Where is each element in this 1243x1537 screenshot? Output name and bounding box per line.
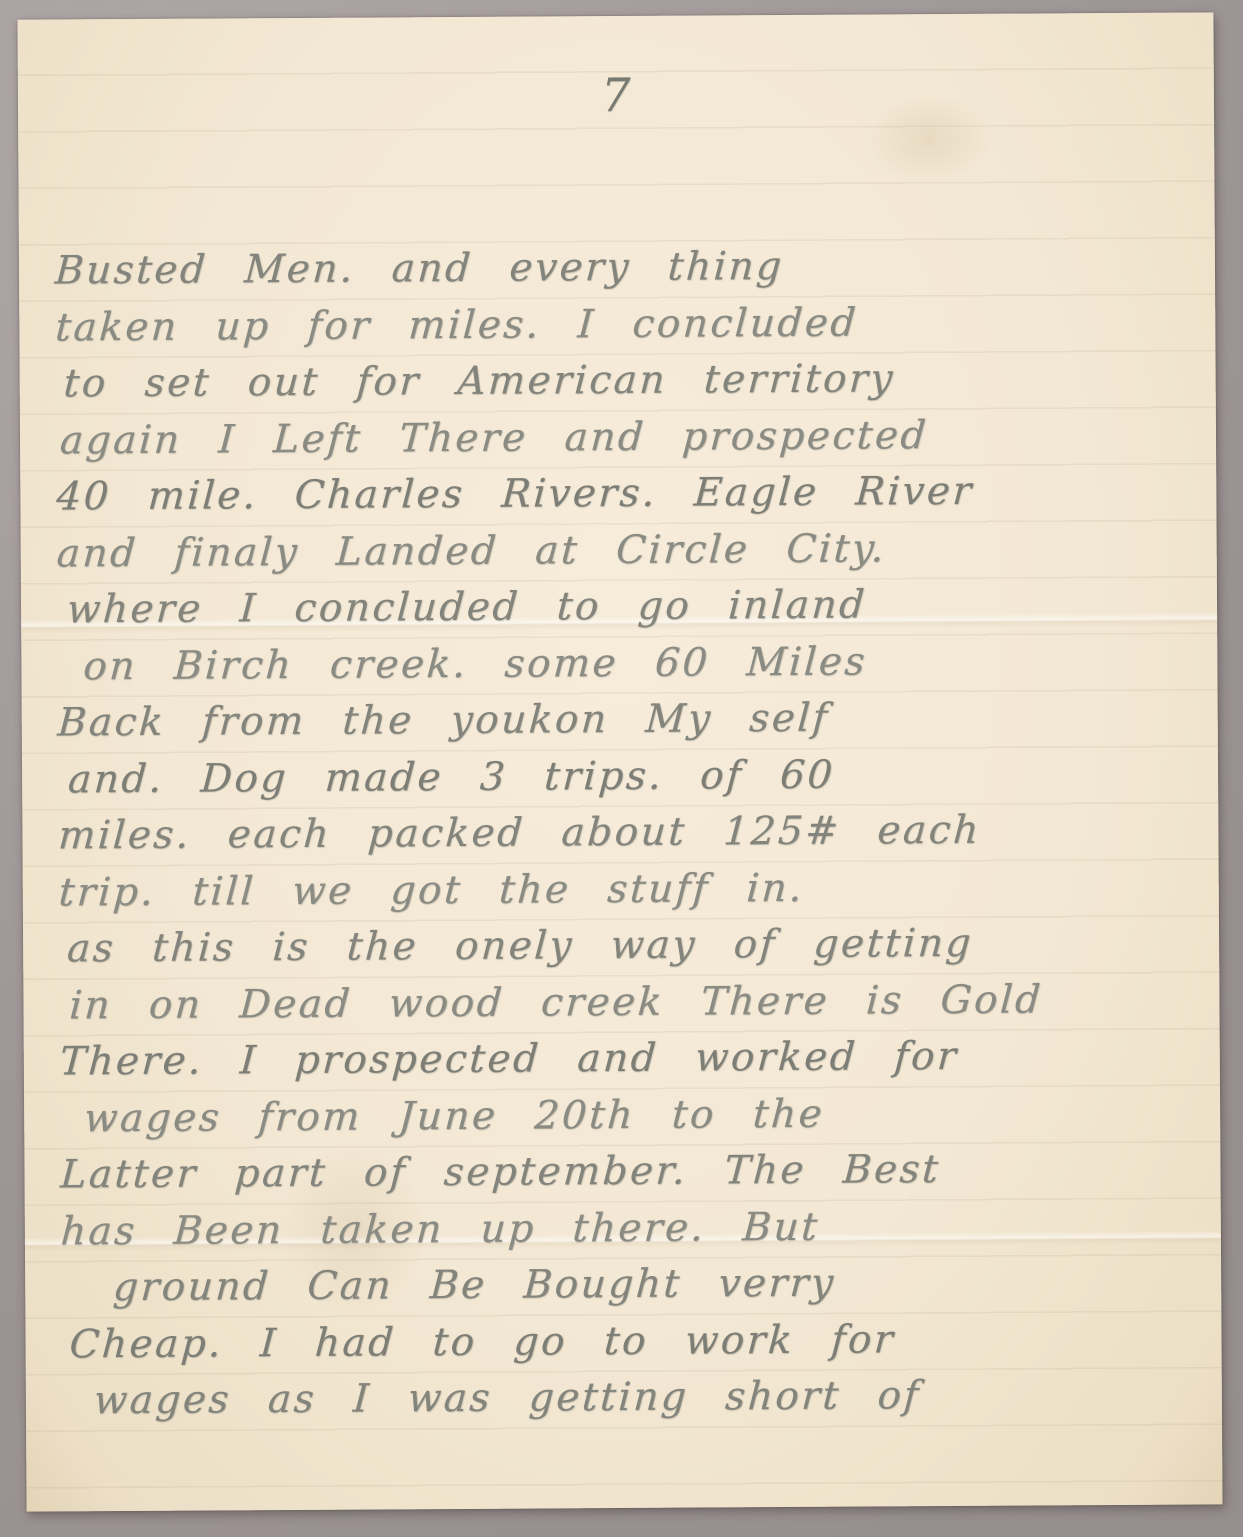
handwritten-line: Latter part of september. The Best (59, 1140, 1215, 1204)
photo-backdrop: 7 Busted Men. and every thingtaken up fo… (0, 0, 1243, 1537)
handwritten-line: wages as I was getting short of (60, 1366, 1216, 1430)
handwritten-line: in on Dead wood creek There is Gold (58, 971, 1214, 1035)
page-number: 7 (18, 64, 1214, 125)
handwritten-line: There. I prospected and worked for (58, 1027, 1214, 1091)
handwritten-line: Busted Men. and every thing (53, 236, 1209, 300)
handwritten-line: as this is the onely way of getting (57, 914, 1213, 978)
handwritten-line: where I concluded to go inland (55, 575, 1211, 639)
handwritten-line: 40 mile. Charles Rivers. Eagle River (55, 462, 1211, 526)
handwritten-line: trip. till we got the stuff in. (57, 858, 1213, 922)
handwriting-lines: Busted Men. and every thingtaken up for … (19, 236, 1222, 1430)
handwritten-line: Cheap. I had to go to work for (60, 1310, 1216, 1374)
age-stain (863, 94, 994, 185)
handwritten-line: to set out for American territory (54, 349, 1210, 413)
handwritten-line: has Been taken up there. But (59, 1197, 1215, 1261)
handwritten-line: and finaly Landed at Circle City. (55, 519, 1211, 583)
handwritten-line: miles. each packed about 125# each (57, 801, 1213, 865)
handwritten-line: taken up for miles. I concluded (54, 293, 1210, 357)
handwritten-line: wages from June 20th to the (58, 1084, 1214, 1148)
manuscript-page: 7 Busted Men. and every thingtaken up fo… (17, 12, 1222, 1511)
handwritten-line: ground Can Be Bought verry (59, 1253, 1215, 1317)
handwritten-line: again I Left There and prospected (54, 406, 1210, 470)
handwritten-line: on Birch creek. some 60 Miles (56, 632, 1212, 696)
handwritten-line: Back from the youkon My self (56, 688, 1212, 752)
handwritten-line: and. Dog made 3 trips. of 60 (56, 745, 1212, 809)
